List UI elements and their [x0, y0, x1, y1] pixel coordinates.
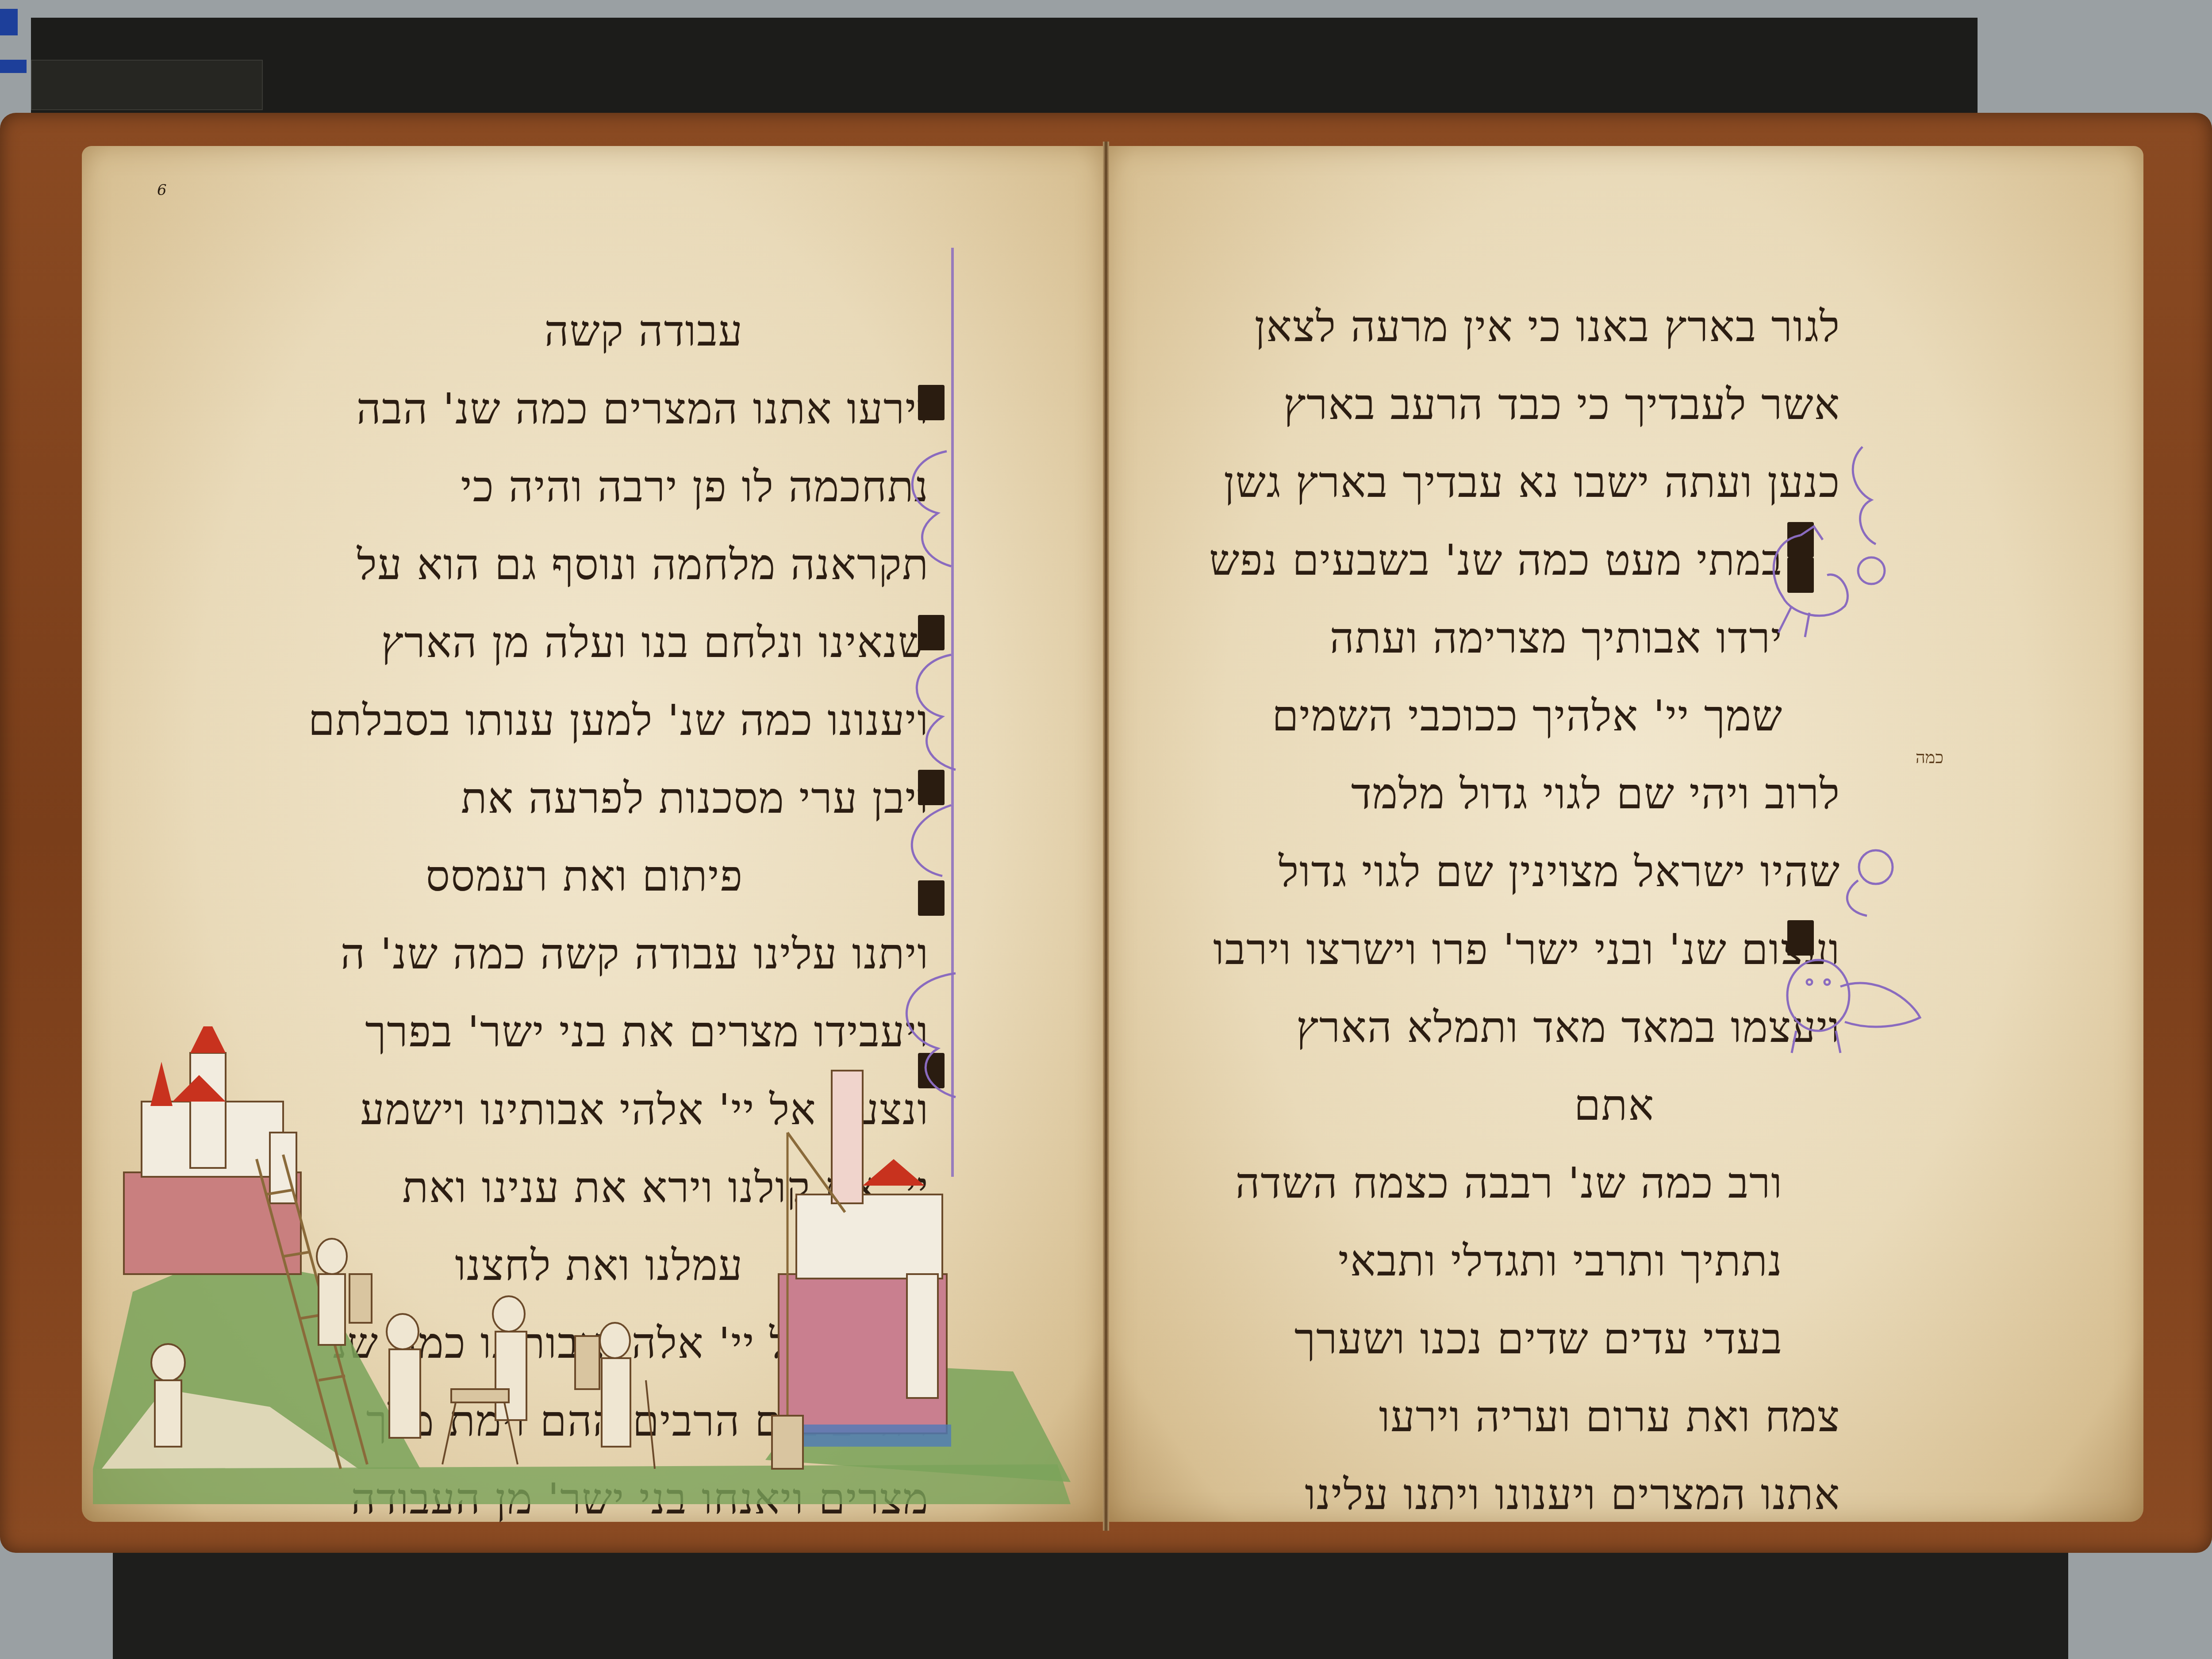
violet-winged-creature-drawing-icon	[1770, 841, 1929, 1088]
mounting-board-bottom	[113, 1535, 2068, 1659]
text-line: תקראנה מלחמה ונוסף גם הוא על	[363, 526, 929, 603]
text-line: צמח ואת ערום ועריה וירעו	[1274, 1378, 1840, 1455]
blue-tape-mark	[0, 60, 27, 73]
text-line: פיתום ואת רעמסס	[363, 837, 929, 915]
text-line: שהיו ישראל מצוינין שם לגוי גדול	[1274, 833, 1840, 910]
initial-letter-marker	[918, 385, 945, 420]
text-line: לגור בארץ באנו כי אין מרעה לצאן	[1274, 288, 1840, 365]
text-line: ורב כמה שנ' רבבה כצמח השדה	[1274, 1144, 1840, 1222]
violet-bird-drawing-icon	[1747, 438, 1889, 650]
book-gutter	[1103, 142, 1109, 1531]
text-line: שנאינו ונלחם בנו ועלה מן הארץ	[363, 603, 929, 681]
text-line: ויבן ערי מסכנות לפרעה את	[363, 759, 929, 837]
text-line: נתחכמה לו פן ירבה והיה כי	[363, 448, 929, 526]
mounting-clamp	[31, 60, 263, 110]
castle-left-icon	[124, 1026, 301, 1274]
catchword: כמה	[1916, 748, 1943, 768]
text-line: ויענונו כמה שנ' למען ענותו בסבלתם	[363, 681, 929, 759]
text-line: בעדי עדים שדים נכנו ושערך	[1274, 1300, 1840, 1378]
text-line: לרוב ויהי שם לגוי גדול מלמד	[1274, 755, 1840, 833]
text-line: אתם	[1274, 1066, 1840, 1144]
text-line: נתתיך ותרבי ותגדלי ותבאי	[1274, 1222, 1840, 1300]
text-line: עבודה קשה	[363, 292, 929, 370]
text-line: שמך יי' אלהיך ככוכבי השמים	[1274, 677, 1840, 755]
mounting-board-top	[31, 18, 1978, 119]
castle-right-tower-icon	[772, 1071, 951, 1469]
text-line: ויעצמו במאד מאד ותמלא הארץ	[1274, 988, 1840, 1066]
text-line: ויתנו עלינו עבודה קשה כמה שנ' ה	[363, 915, 929, 993]
text-line: וירעו אתנו המצרים כמה שנ' הבה	[363, 370, 929, 448]
text-line: ועצום שנ' ובני ישר' פרו וישרצו וירבו	[1274, 910, 1840, 988]
blue-tape-mark	[0, 9, 18, 35]
text-line: אתנו המצרים ויענונו ויתנו עלינו	[1274, 1455, 1840, 1533]
folio-number: 6	[157, 181, 167, 199]
illustration-building-cities	[84, 1026, 1084, 1513]
text-line: אשר לעבדיך כי כבד הרעב בארץ	[1274, 365, 1840, 443]
